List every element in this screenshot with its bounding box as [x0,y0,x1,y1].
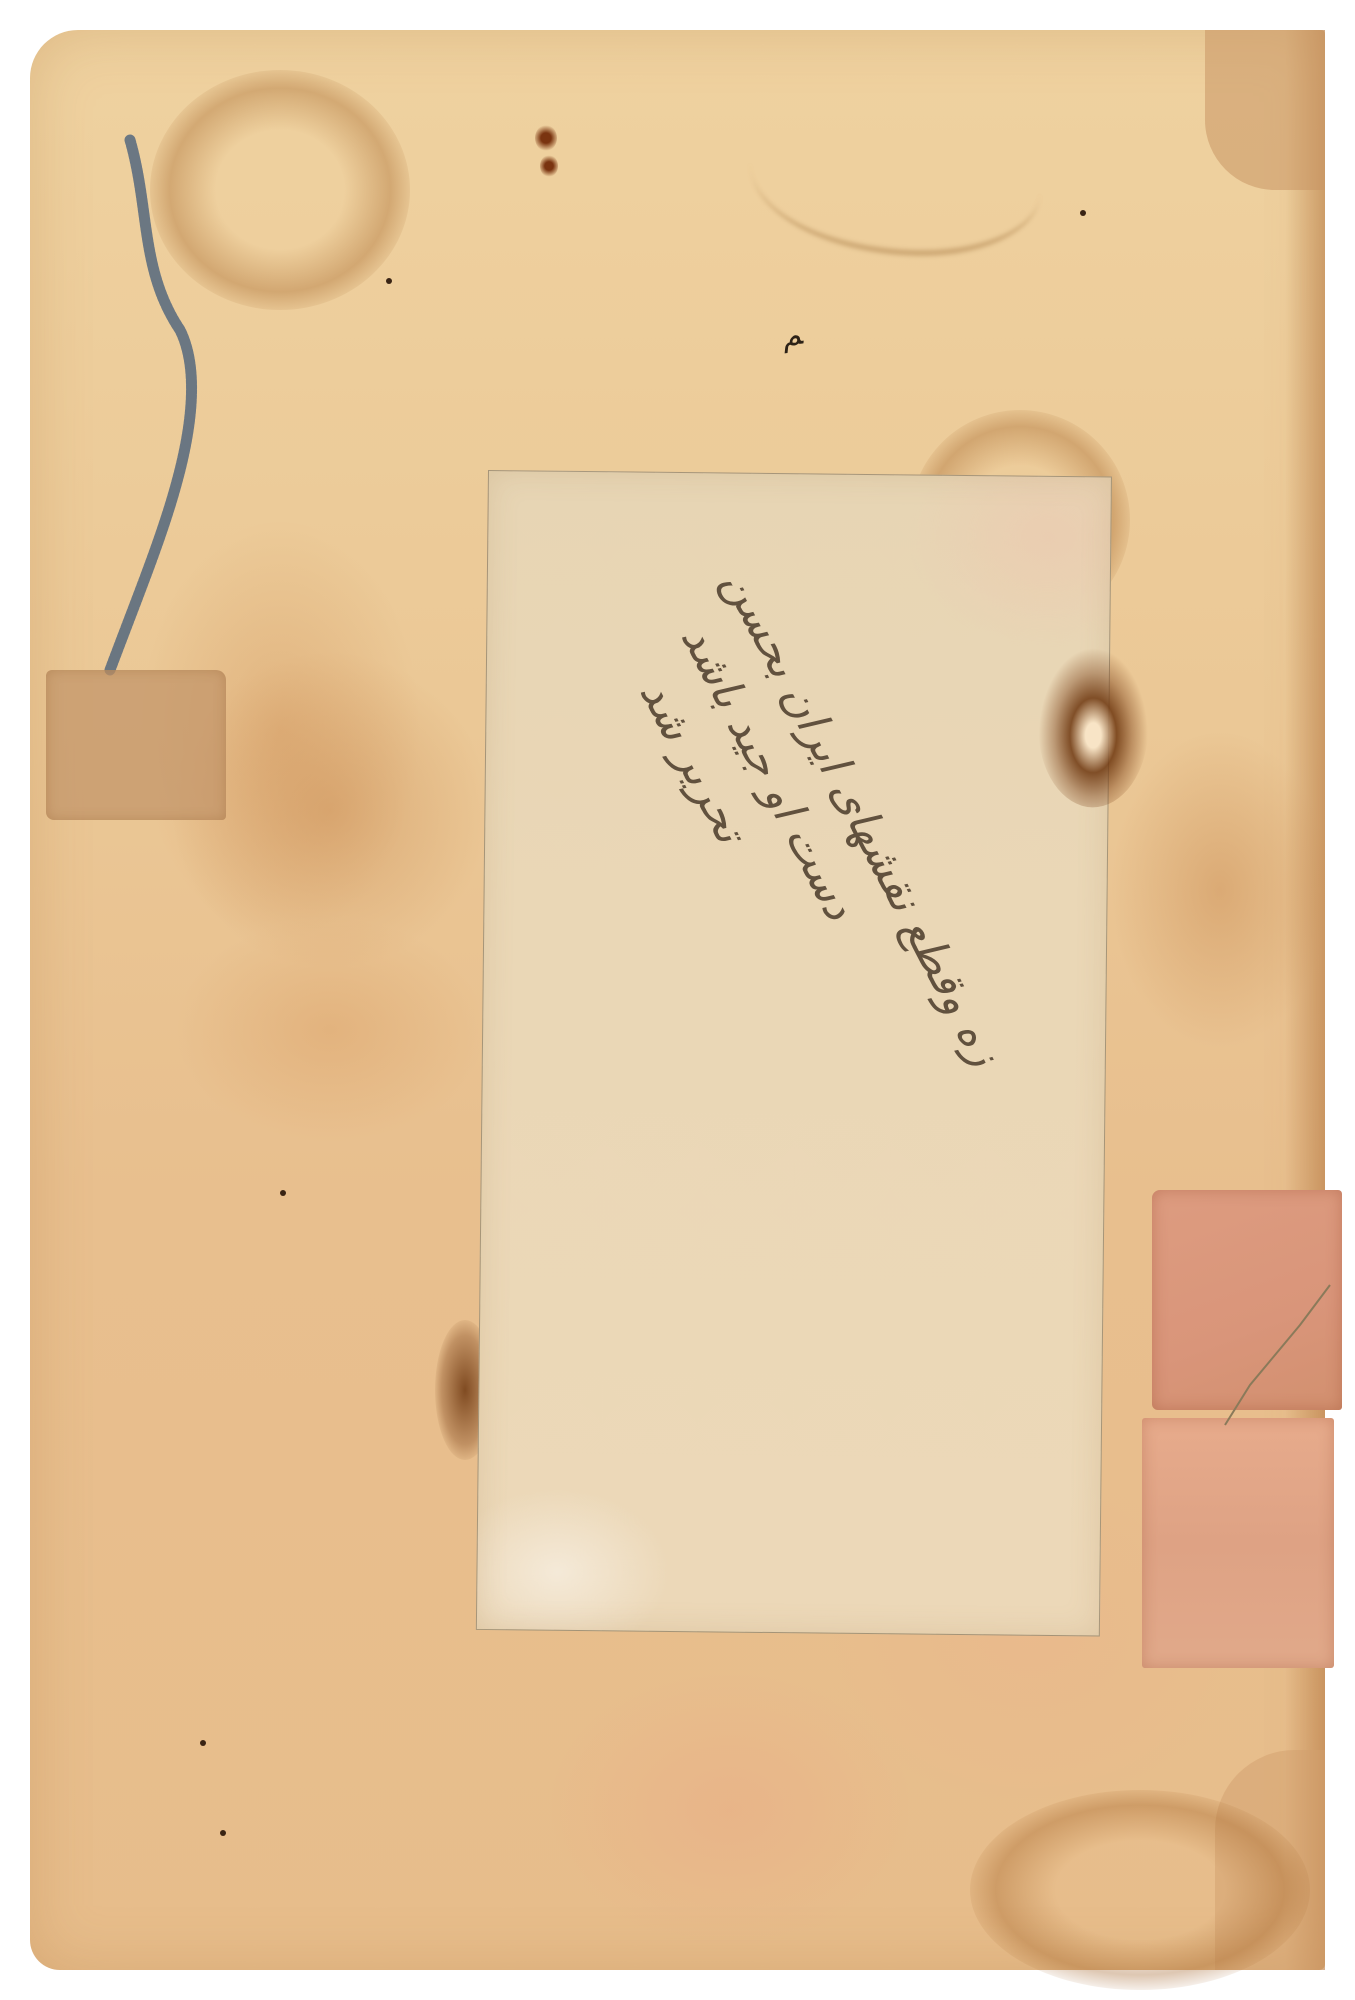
rust-spot [535,125,557,151]
inscription-line: ﺯﻩ ﻭﻗﻄﻊ ﻧﻘﺸﻬﺎﻯ ﺍﻳﺮﺍﻥ ﺑﺤﺴﻦ [712,562,1011,1074]
corner-repair-bottom-right [1215,1750,1325,1970]
corner-repair-top-right [1205,30,1325,190]
ink-speck [200,1740,206,1746]
blue-crayon-line [70,130,230,690]
water-tide-line [750,100,1040,256]
ink-speck [220,1830,226,1836]
ink-speck [1080,210,1086,216]
ink-speck [280,1190,286,1196]
rust-spot [540,155,558,177]
edge-discoloration [1285,30,1325,1970]
pink-repair-patch-lower [1142,1418,1334,1668]
pink-repair-patch-upper [1152,1190,1342,1410]
pasted-panel: ﺯﻩ ﻭﻗﻄﻊ ﻧﻘﺸﻬﺎﻯ ﺍﻳﺮﺍﻥ ﺑﺤﺴﻦ ﺩﺳﺖ ﺍﻭ ﺟﻴﺪ ﺑﺎﺷ… [476,470,1112,1636]
tape-patch-left [46,670,226,820]
water-stain [150,70,410,310]
ink-speck [386,278,392,284]
